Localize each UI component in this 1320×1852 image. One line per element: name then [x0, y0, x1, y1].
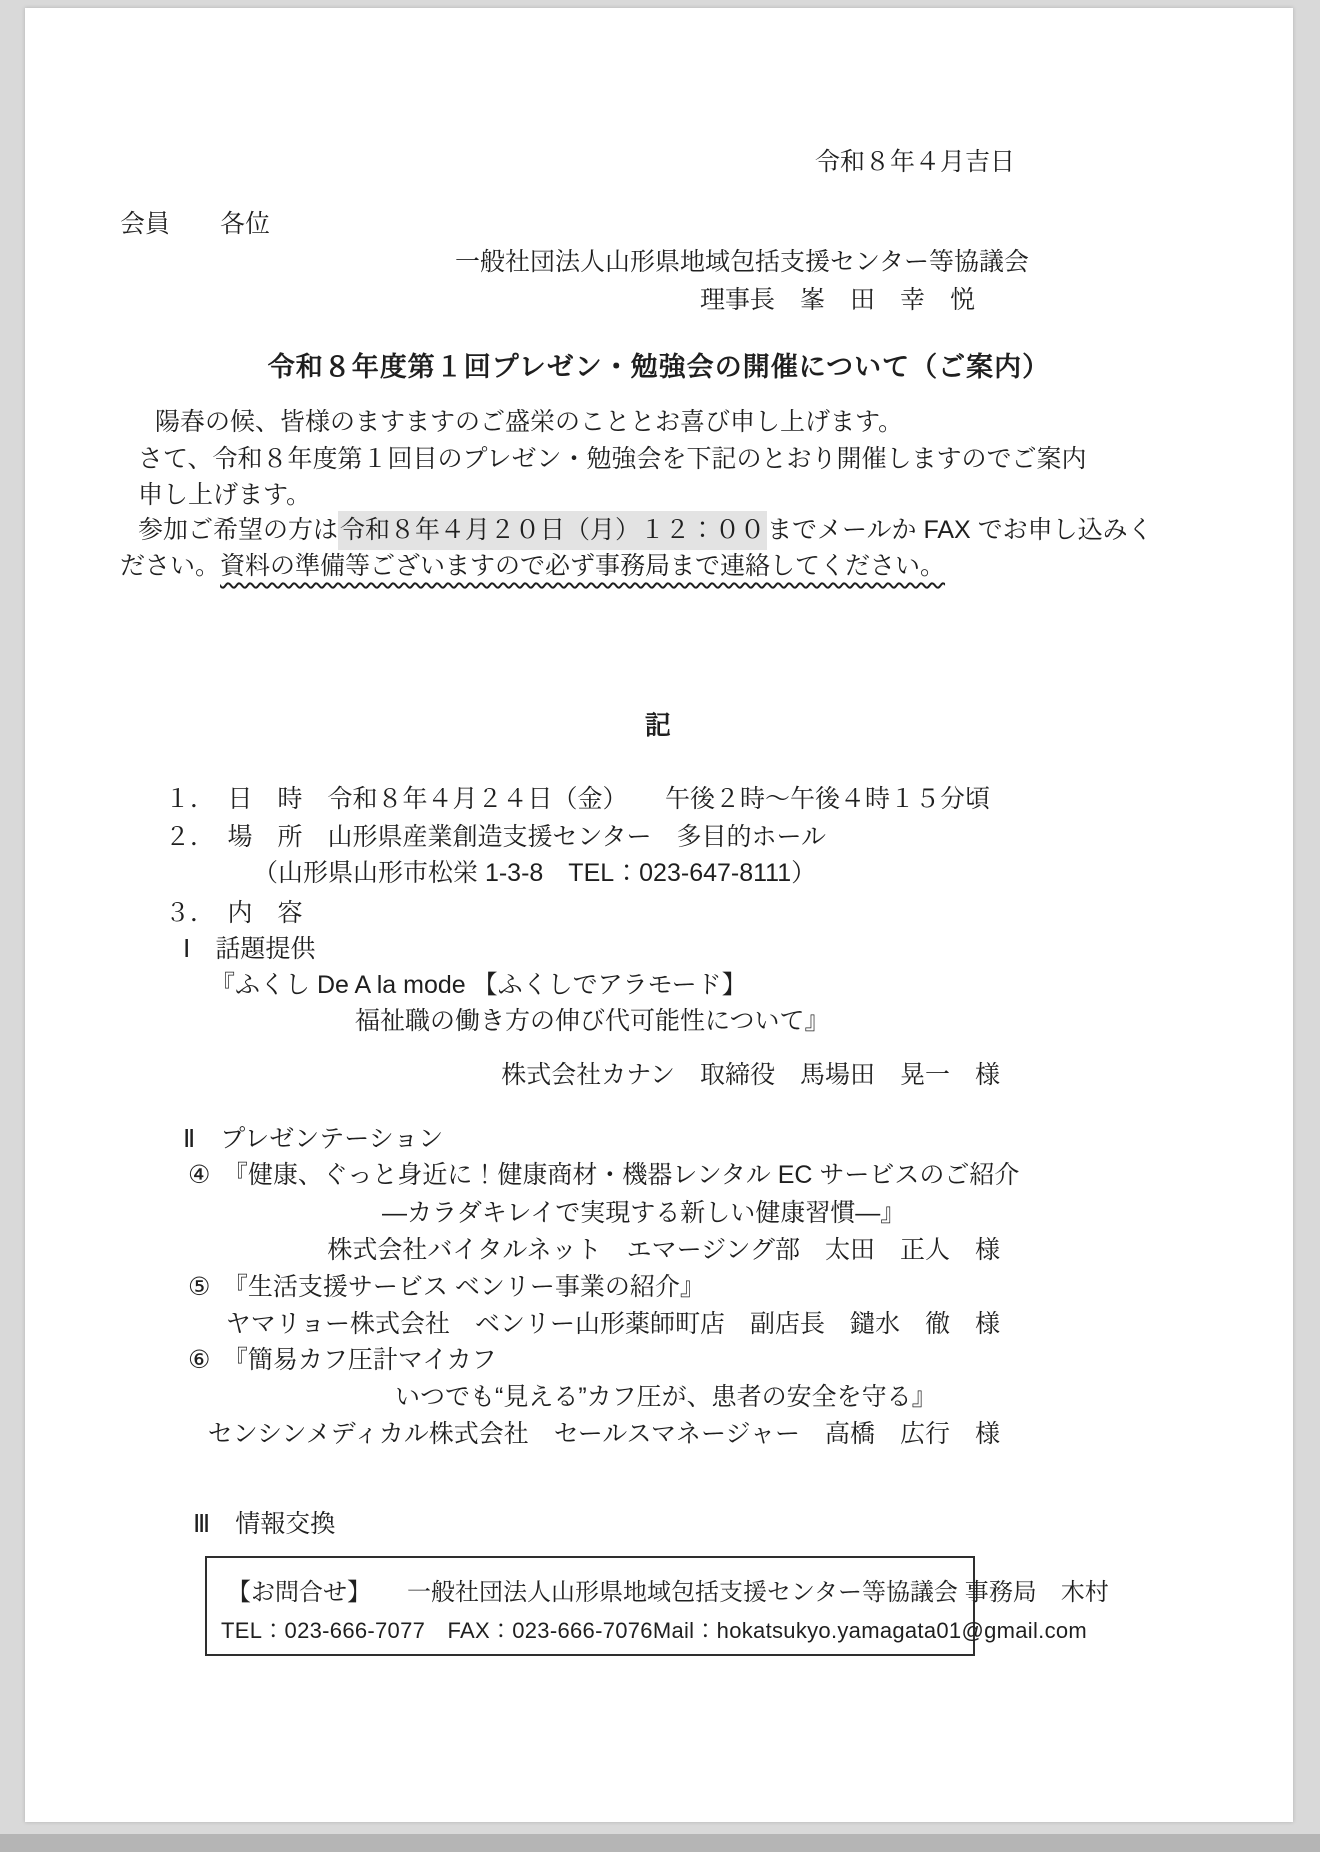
- presentation-4-line-1: ④ 『健康、ぐっと身近に！健康商材・機器レンタル EC サービスのご紹介: [188, 1158, 1019, 1192]
- document-page: 令和８年４月吉日 会員 各位 一般社団法人山形県地域包括支援センター等協議会 理…: [25, 8, 1293, 1822]
- application-deadline-highlight: 令和８年４月２０日（月）１２：００: [338, 511, 767, 550]
- greeting-line: 陽春の候、皆様のますますのご盛栄のこととお喜び申し上げます。: [155, 405, 903, 439]
- application-line-2: ださい。資料の準備等ございますので必ず事務局まで連絡してください。: [120, 549, 945, 583]
- intro-line-1: さて、令和８年度第１回目のプレゼン・勉強会を下記のとおり開催しますのでご案内: [138, 442, 1087, 476]
- scan-bottom-edge: [0, 1834, 1320, 1852]
- presentation-6-line-2: いつでも“見える”カフ圧が、患者の安全を守る』: [395, 1380, 937, 1414]
- topic-title-line-2: 福祉職の働き方の伸び代可能性について』: [355, 1004, 830, 1038]
- section-3-heading: Ⅲ 情報交換: [193, 1507, 335, 1541]
- contact-box: 【お問合せ】 一般社団法人山形県地域包括支援センター等協議会 事務局 木村 TE…: [205, 1556, 975, 1656]
- section-2-heading: Ⅱ プレゼンテーション: [183, 1122, 443, 1156]
- presentation-6-line-1: ⑥ 『簡易カフ圧計マイカフ: [188, 1343, 497, 1377]
- presentation-5-speaker: ヤマリョー株式会社 ベンリー山形薬師町店 副店長 鑓水 徹 様: [25, 1307, 1000, 1341]
- contact-line-1: 【お問合せ】 一般社団法人山形県地域包括支援センター等協議会 事務局 木村: [227, 1572, 1109, 1607]
- presentation-4-speaker: 株式会社バイタルネット エマージング部 太田 正人 様: [25, 1233, 1000, 1267]
- topic-speaker: 株式会社カナン 取締役 馬場田 晃一 様: [25, 1058, 1000, 1092]
- application-line-1: 参加ご希望の方は令和８年４月２０日（月）１２：００までメールか FAX でお申し…: [138, 513, 1153, 547]
- document-title: 令和８年度第１回プレゼン・勉強会の開催について（ご案内）: [25, 350, 1293, 384]
- application-prefix: 参加ご希望の方は: [138, 516, 338, 544]
- place-address: （山形県山形市松栄 1-3-8 TEL：023-647-8111）: [253, 856, 816, 890]
- presentation-5-line-1: ⑤ 『生活支援サービス ベンリー事業の紹介』: [188, 1270, 705, 1304]
- organization-name: 一般社団法人山形県地域包括支援センター等協議会: [455, 245, 1029, 279]
- schedule-item-place: ２． 場 所 山形県産業創造支援センター 多目的ホール: [165, 820, 826, 854]
- president-line: 理事長 峯 田 幸 悦: [700, 283, 975, 317]
- intro-line-2: 申し上げます。: [138, 478, 311, 512]
- section-1-heading: Ⅰ 話題提供: [183, 932, 315, 966]
- presentation-4-line-2: ―カラダキレイで実現する新しい健康習慣―』: [382, 1196, 905, 1230]
- presentation-6-speaker: センシンメディカル株式会社 セールスマネージャー 高橋 広行 様: [25, 1417, 1000, 1451]
- schedule-item-contents: ３． 内 容: [165, 896, 303, 930]
- document-date: 令和８年４月吉日: [25, 145, 1015, 179]
- application-suffix: までメールか FAX でお申し込みく: [767, 516, 1153, 544]
- scanned-document-viewer: { "document": { "date": "令和８年４月吉日", "rec…: [0, 0, 1320, 1852]
- contact-line-2: TEL：023-666-7077 FAX：023-666-7076Mail：ho…: [221, 1614, 1087, 1645]
- schedule-item-datetime: １． 日 時 令和８年４月２４日（金） 午後２時～午後４時１５分頃: [165, 782, 990, 816]
- recipient-line: 会員 各位: [120, 207, 270, 241]
- ki-marker: 記: [25, 708, 1293, 742]
- topic-title-line-1: 『ふくし De A la mode 【ふくしでアラモード】: [210, 968, 747, 1002]
- application-wrap-prefix: ださい。: [120, 552, 220, 580]
- application-emphasis-underlined: 資料の準備等ございますので必ず事務局まで連絡してください。: [220, 552, 945, 580]
